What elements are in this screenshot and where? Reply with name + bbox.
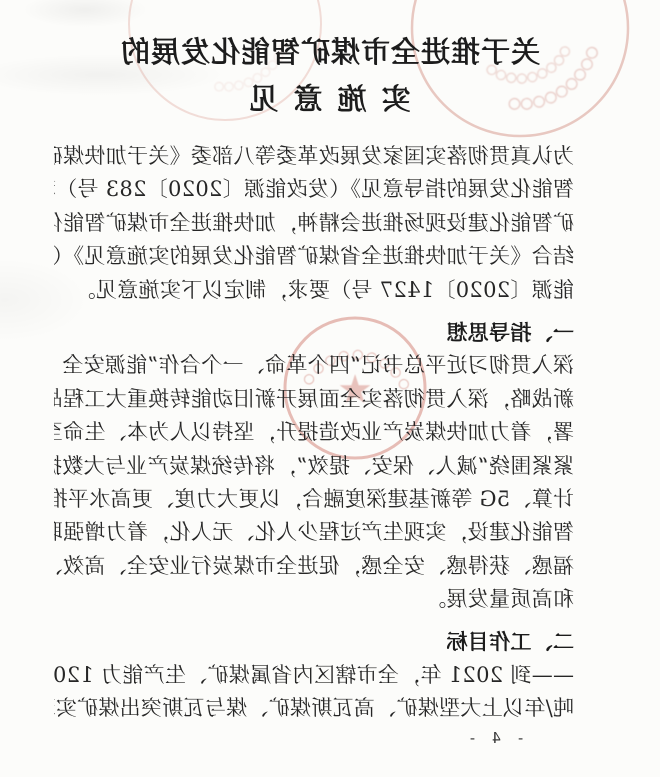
document-title-line-2: 实施意见 bbox=[0, 77, 660, 118]
body-line: 计算、5G 等新基建深度融合，以更大力度、更高水平推动煤矿 bbox=[54, 483, 574, 516]
body-line: 和高质量发展。 bbox=[54, 583, 574, 616]
body-line: 矿智能化建设现场推进会精神，加快推进全市煤矿智能化发展， bbox=[54, 207, 574, 240]
body-line: 紧紧围绕“减人、保安、提效”，将传统煤炭产业与大数据、云 bbox=[54, 450, 574, 483]
body-line: 新战略，深入贯彻落实全面展开新旧动能转换重大工程战略部 bbox=[54, 383, 574, 416]
body-line: 署，着力加快煤炭产业改造提升，坚持以人为本、生命至上， bbox=[54, 416, 574, 449]
body-line: 福感、获得感、安全感，促进全市煤炭行业安全、高效、绿色 bbox=[54, 550, 574, 583]
body-line: 智能化发展的指导意见》（发改能源〔2020〕283 号）和全国煤 bbox=[54, 173, 574, 206]
page-number: - 4 - bbox=[450, 729, 540, 747]
body-line: 为认真贯彻落实国家发展改革委等八部委《关于加快煤矿 bbox=[54, 140, 574, 173]
section-heading-2: 二、工作目标 bbox=[54, 625, 574, 658]
body-line: 智能化建设，实现生产过程少人化、无人化，着力增强职工幸 bbox=[54, 516, 574, 549]
body-line: ——到 2021 年，全市辖区内省属煤矿、生产能力 120 万 bbox=[54, 659, 574, 692]
document-title-line-1: 关于推进全市煤矿智能化发展的 bbox=[0, 30, 660, 71]
body-line: 结合《关于加快推进全省煤矿智能化发展的实施意见》（鲁发改 bbox=[54, 240, 574, 273]
body-line: 吨/年以上大型煤矿、高瓦斯煤矿、煤与瓦斯突出煤矿实现智能 bbox=[54, 692, 574, 725]
section-heading-1: 一、指导思想 bbox=[54, 316, 574, 349]
official-seal-icon-large: ○○○○○○○○○ ○○○○○○○○○ bbox=[396, 0, 644, 152]
document-page: ○○○○○○○○○ ○○○○○○○○○ ○○○○○○○○○ ○○○○○○○○○ bbox=[0, 0, 660, 777]
body-line: 能源〔2020〕1427 号）要求，制定以下实施意见。 bbox=[54, 274, 574, 307]
body-line: 深入贯彻习近平总书记“四个革命、一个合作”能源安全 bbox=[54, 349, 574, 382]
document-body: 为认真贯彻落实国家发展改革委等八部委《关于加快煤矿 智能化发展的指导意见》（发改… bbox=[54, 140, 574, 726]
